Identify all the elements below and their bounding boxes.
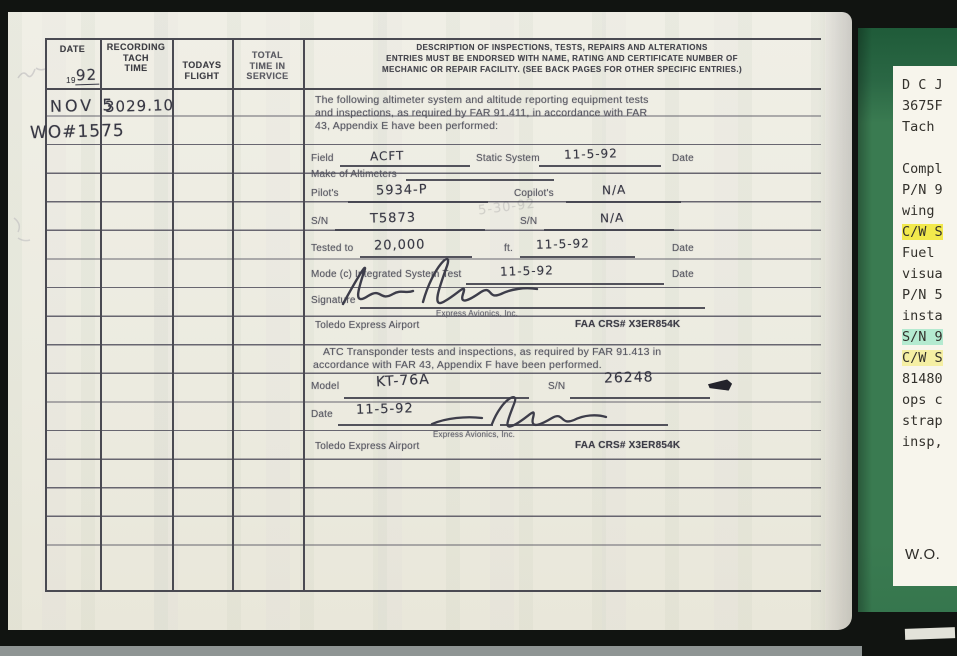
model-value-handwritten: KT-76A <box>376 372 431 391</box>
transponder-stamp-para2: accordance with FAR 43, Appendix F have … <box>313 359 602 371</box>
sticker-line: 81480 <box>893 369 957 390</box>
pilots-value-handwritten: 5934-P <box>376 182 428 198</box>
sn2-value-handwritten: N/A <box>600 211 625 226</box>
col-header-total-line3: SERVICE <box>232 71 303 82</box>
pilots-label: Pilot's <box>311 188 339 199</box>
field-fill-line <box>340 165 470 167</box>
table-left-border <box>45 38 47 592</box>
sticker-line-text: 81480 <box>902 371 943 387</box>
sticker-line-text-yellow-highlight: C/W S <box>902 224 943 240</box>
logbook-left-page: DATE 19 92 RECORDING TACH TIME TODAYS FL… <box>8 12 852 630</box>
table-top-line <box>45 38 821 40</box>
col-header-tach-line3: TIME <box>100 63 172 74</box>
year-handwritten: 92 <box>75 66 100 86</box>
sticker-line: D C J <box>893 75 957 96</box>
sticker-line-text: visua <box>902 266 943 282</box>
sn1-value-handwritten: T5873 <box>370 210 416 226</box>
col-divider-total <box>303 38 305 592</box>
airport-label-2: Toledo Express Airport <box>315 441 419 452</box>
sticker-text-block: D C J 3675F Tach Compl P/N 9 wing C/W S … <box>893 75 957 453</box>
sticker-line: strap <box>893 411 957 432</box>
date-label-2: Date <box>672 243 694 254</box>
sticker-line: Fuel <box>893 243 957 264</box>
entry-tach-time: 3029.10 <box>105 96 174 116</box>
col-header-tach-line1: RECORDING <box>100 42 172 53</box>
work-order-label: W.O. <box>905 546 940 563</box>
transponder-signature-scrawl <box>426 388 616 434</box>
altimeters-fill-line <box>406 179 554 181</box>
sticker-line-text: insta <box>902 308 943 324</box>
sticker-line-text: wing <box>902 203 935 219</box>
altimeter-stamp-para1: The following altimeter system and altit… <box>315 94 649 106</box>
description-header-line1: DESCRIPTION OF INSPECTIONS, TESTS, REPAI… <box>303 42 821 53</box>
faa-crs-number-2: FAA CRS# X3ER854K <box>575 440 680 451</box>
inspector-signature-scrawl <box>333 244 583 316</box>
logbook-right-cover: D C J 3675F Tach Compl P/N 9 wing C/W S … <box>858 28 957 612</box>
sn2-fill-line <box>544 229 674 231</box>
ink-mark-arrow <box>708 378 733 391</box>
sticker-line-text: Tach <box>902 119 935 135</box>
altimeters-label: Make of Altimeters <box>311 169 397 180</box>
transponder-date-handwritten: 11-5-92 <box>356 401 414 418</box>
scan-bottom-strip <box>0 646 862 656</box>
sticker-line: P/N 5 <box>893 285 957 306</box>
sn2-label: S/N <box>520 216 537 227</box>
pilots-fill-line <box>348 201 488 203</box>
col-divider-tach <box>172 38 174 592</box>
sticker-line-text: P/N 5 <box>902 287 943 303</box>
model-label: Model <box>311 381 339 392</box>
copilots-label: Copilot's <box>514 188 554 199</box>
sticker-line: Tach <box>893 117 957 138</box>
table-bottom-line <box>45 590 821 592</box>
pencil-squiggle-mark <box>16 60 50 86</box>
sticker-line: insta <box>893 306 957 327</box>
sticker-line: visua <box>893 264 957 285</box>
static-date-handwritten: 11-5-92 <box>564 146 618 161</box>
sticker-line: ops c <box>893 390 957 411</box>
faa-crs-number-1: FAA CRS# X3ER854K <box>575 319 680 330</box>
airport-label-1: Toledo Express Airport <box>315 320 419 331</box>
copilots-value-handwritten: N/A <box>602 183 627 198</box>
date-label-3: Date <box>672 269 694 280</box>
sticker-line-text: Compl <box>902 161 943 177</box>
sticker-line-text-faint-highlight: C/W S <box>902 350 943 366</box>
col-header-flight-line1: TODAYS <box>172 60 232 71</box>
sticker-line-text: P/N 9 <box>902 182 943 198</box>
copilots-fill-line <box>566 201 681 203</box>
transponder-sn-handwritten: 26248 <box>604 369 654 386</box>
entry-work-order: WO#1575 <box>30 121 125 143</box>
altimeter-stamp-para3: 43, Appendix E have been performed: <box>315 120 498 132</box>
scanned-logbook-photo: { "colors": { "page_bg": "#ecebe0", "tab… <box>0 0 957 656</box>
field-value-handwritten: ACFT <box>370 149 405 164</box>
table-row-lines <box>45 88 821 572</box>
description-header-line3: MECHANIC OR REPAIR FACILITY. (SEE BACK P… <box>303 64 821 75</box>
col-divider-flight <box>232 38 234 592</box>
pencil-mark-margin <box>10 212 36 252</box>
sticker-line-text: Fuel <box>902 245 935 261</box>
sticker-line: insp, <box>893 432 957 453</box>
transponder-stamp-para1: ATC Transponder tests and inspections, a… <box>323 346 661 358</box>
sn1-fill-line <box>335 229 485 231</box>
static-system-label: Static System <box>476 153 540 164</box>
static-fill-line <box>539 165 661 167</box>
altimeter-stamp-para2: and inspections, as required by FAR 91.4… <box>315 107 647 119</box>
col-header-date: DATE <box>45 44 100 55</box>
description-header-line2: ENTRIES MUST BE ENDORSED WITH NAME, RATI… <box>303 53 821 64</box>
sticker-line: wing <box>893 201 957 222</box>
company-small-print-2: Express Avionics, Inc. <box>433 430 515 439</box>
col-header-description: DESCRIPTION OF INSPECTIONS, TESTS, REPAI… <box>303 42 821 75</box>
col-header-tach: RECORDING TACH TIME <box>100 42 172 74</box>
sticker-line-highlighted: S/N 9 <box>893 327 957 348</box>
sticker-line-text-mint-highlight: S/N 9 <box>902 329 943 345</box>
col-header-flight: TODAYS FLIGHT <box>172 60 232 81</box>
sticker-line-highlighted: C/W S <box>893 348 957 369</box>
sticker-line: Compl <box>893 159 957 180</box>
transponder-date-label: Date <box>311 409 333 420</box>
typewritten-sticker: D C J 3675F Tach Compl P/N 9 wing C/W S … <box>893 66 957 586</box>
col-header-tach-line2: TACH <box>100 53 172 64</box>
col-header-flight-line2: FLIGHT <box>172 71 232 82</box>
sticker-line-text: D C J <box>902 77 943 93</box>
sticker-line-blank <box>893 138 957 159</box>
date-label-1: Date <box>672 153 694 164</box>
table-header-separator <box>45 88 821 90</box>
company-small-print-1: Express Avionics, Inc. <box>436 309 518 318</box>
col-header-total: TOTAL TIME IN SERVICE <box>232 50 303 82</box>
sticker-line: P/N 9 <box>893 180 957 201</box>
sn1-label: S/N <box>311 216 328 227</box>
sticker-line-text: 3675F <box>902 98 943 114</box>
sticker-line-text: strap <box>902 413 943 429</box>
page-edge-sliver <box>905 627 955 640</box>
field-label: Field <box>311 153 334 164</box>
sticker-line-text: ops c <box>902 392 943 408</box>
sticker-line: 3675F <box>893 96 957 117</box>
sticker-line-text: insp, <box>902 434 943 450</box>
sticker-line-highlighted: C/W S <box>893 222 957 243</box>
col-header-total-line2: TIME IN <box>232 61 303 72</box>
col-header-total-line1: TOTAL <box>232 50 303 61</box>
